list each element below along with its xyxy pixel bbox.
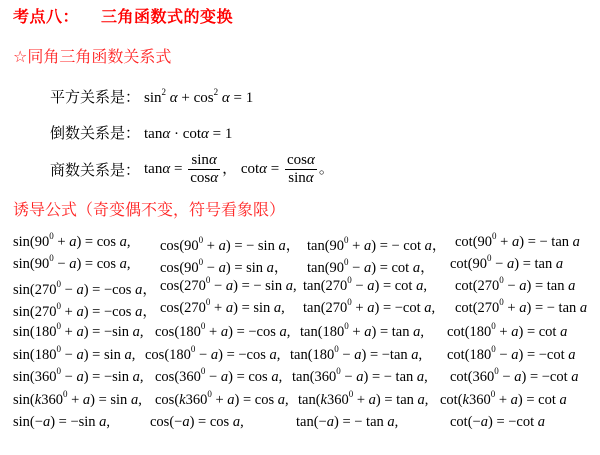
formula-cell: tan(900 + a) = − cot a， <box>307 234 446 255</box>
formula-cell: sin(3600 − a) = −sin a, <box>13 369 144 386</box>
formula-cell: cos(1800 − a) = −cos a, <box>145 347 280 364</box>
formula-cell: cos(2700 + a) = sin a, <box>160 300 285 317</box>
subsection-title-induction: 诱导公式（奇变偶不变，符号看象限） <box>13 197 285 220</box>
formula-cell: cot(2700 − a) = tan a <box>455 278 575 295</box>
formula-cell: cos(3600 − a) = cos a, <box>155 369 282 386</box>
formula-cell: cos(1800 + a) = −cos a, <box>155 324 290 341</box>
table-row: sin(2700 − a) = −cos a，cos(2700 − a) = −… <box>0 278 600 300</box>
table-row: sin(−a) = −sin a,cos(−a) = cos a,tan(−a)… <box>0 414 600 436</box>
formula-cell: sin(2700 + a) = −cos a， <box>13 300 157 321</box>
formula-cell: sin(900 + a) = cos a, <box>13 234 131 251</box>
table-row: sin(1800 + a) = −sin a,cos(1800 + a) = −… <box>0 324 600 346</box>
formula-cell: tan(2700 + a) = −cot a, <box>303 300 435 317</box>
table-row: sin(900 − a) = cos a,cos(900 − a) = sin … <box>0 256 600 278</box>
formula-cell: tan(3600 − a) = − tan a, <box>292 369 428 386</box>
relation-label: 商数关系是： <box>50 161 140 179</box>
subsection-title-identities: ☆同角三角函数关系式 <box>13 44 171 67</box>
relation-label: 平方关系是： <box>50 88 140 106</box>
formula-cell: cot(2700 + a) = − tan a <box>455 300 587 317</box>
formula-cell: cot(k3600 + a) = cot a <box>440 392 567 409</box>
formula-cell: cos(900 − a) = sin a， <box>160 256 288 277</box>
formula-cell: tan(1800 + a) = tan a, <box>300 324 424 341</box>
formula-cell: tan(900 − a) = cot a， <box>307 256 435 277</box>
formula-cell: tan(1800 − a) = −tan a, <box>290 347 422 364</box>
section-heading: 考点八：三角函数式的变换 <box>13 4 233 27</box>
fraction-sin-over-cos: sinα cosα <box>188 152 220 187</box>
formula-cell: cot(1800 + a) = cot a <box>447 324 567 341</box>
formula-cell: cot(900 − a) = tan a <box>450 256 563 273</box>
formula-cell: cot(900 + a) = − tan a <box>455 234 580 251</box>
formula-cell: cot(−a) = −cot a <box>450 414 545 431</box>
relation-formula: sin2 α + cos2 α = 1 <box>144 90 253 106</box>
formula-cell: sin(1800 − a) = sin a, <box>13 347 135 364</box>
table-row: sin(k3600 + a) = sin a,cos(k3600 + a) = … <box>0 392 600 414</box>
relation-formula: tanα · cotα = 1 <box>144 126 232 142</box>
formula-cell: cos(2700 − a) = − sin a, <box>160 278 297 295</box>
fraction-cos-over-sin: cosα sinα <box>285 152 317 187</box>
formula-cell: tan(2700 − a) = cot a, <box>303 278 427 295</box>
table-row: sin(3600 − a) = −sin a,cos(3600 − a) = c… <box>0 369 600 391</box>
relation-quotient: 商数关系是： tanα = sinα cosα ， cotα = cosα si… <box>50 152 334 187</box>
relation-square: 平方关系是： sin2 α + cos2 α = 1 <box>50 86 253 107</box>
formula-cell: sin(−a) = −sin a, <box>13 414 110 431</box>
heading-prefix: 考点八： <box>13 7 79 26</box>
formula-cell: sin(1800 + a) = −sin a, <box>13 324 144 341</box>
formula-cell: cos(900 + a) = − sin a， <box>160 234 300 255</box>
formula-cell: cot(1800 − a) = −cot a <box>447 347 576 364</box>
formula-cell: cos(k3600 + a) = cos a, <box>155 392 289 409</box>
formula-cell: sin(k3600 + a) = sin a, <box>13 392 142 409</box>
relation-reciprocal: 倒数关系是： tanα · cotα = 1 <box>50 122 232 143</box>
table-row: sin(2700 + a) = −cos a，cos(2700 + a) = s… <box>0 300 600 322</box>
formula-cell: cot(3600 − a) = −cot a <box>450 369 579 386</box>
formula-cell: cos(−a) = cos a, <box>150 414 244 431</box>
formula-cell: tan(k3600 + a) = tan a, <box>298 392 428 409</box>
table-row: sin(900 + a) = cos a,cos(900 + a) = − si… <box>0 234 600 256</box>
table-row: sin(1800 − a) = sin a,cos(1800 − a) = −c… <box>0 347 600 369</box>
formula-cell: sin(900 − a) = cos a, <box>13 256 131 273</box>
relation-formula: tanα = sinα cosα ， cotα = cosα sinα 。 <box>144 161 334 177</box>
formula-cell: tan(−a) = − tan a, <box>296 414 398 431</box>
heading-title: 三角函数式的变换 <box>101 7 233 26</box>
relation-label: 倒数关系是： <box>50 124 140 142</box>
formula-cell: sin(2700 − a) = −cos a， <box>13 278 157 299</box>
